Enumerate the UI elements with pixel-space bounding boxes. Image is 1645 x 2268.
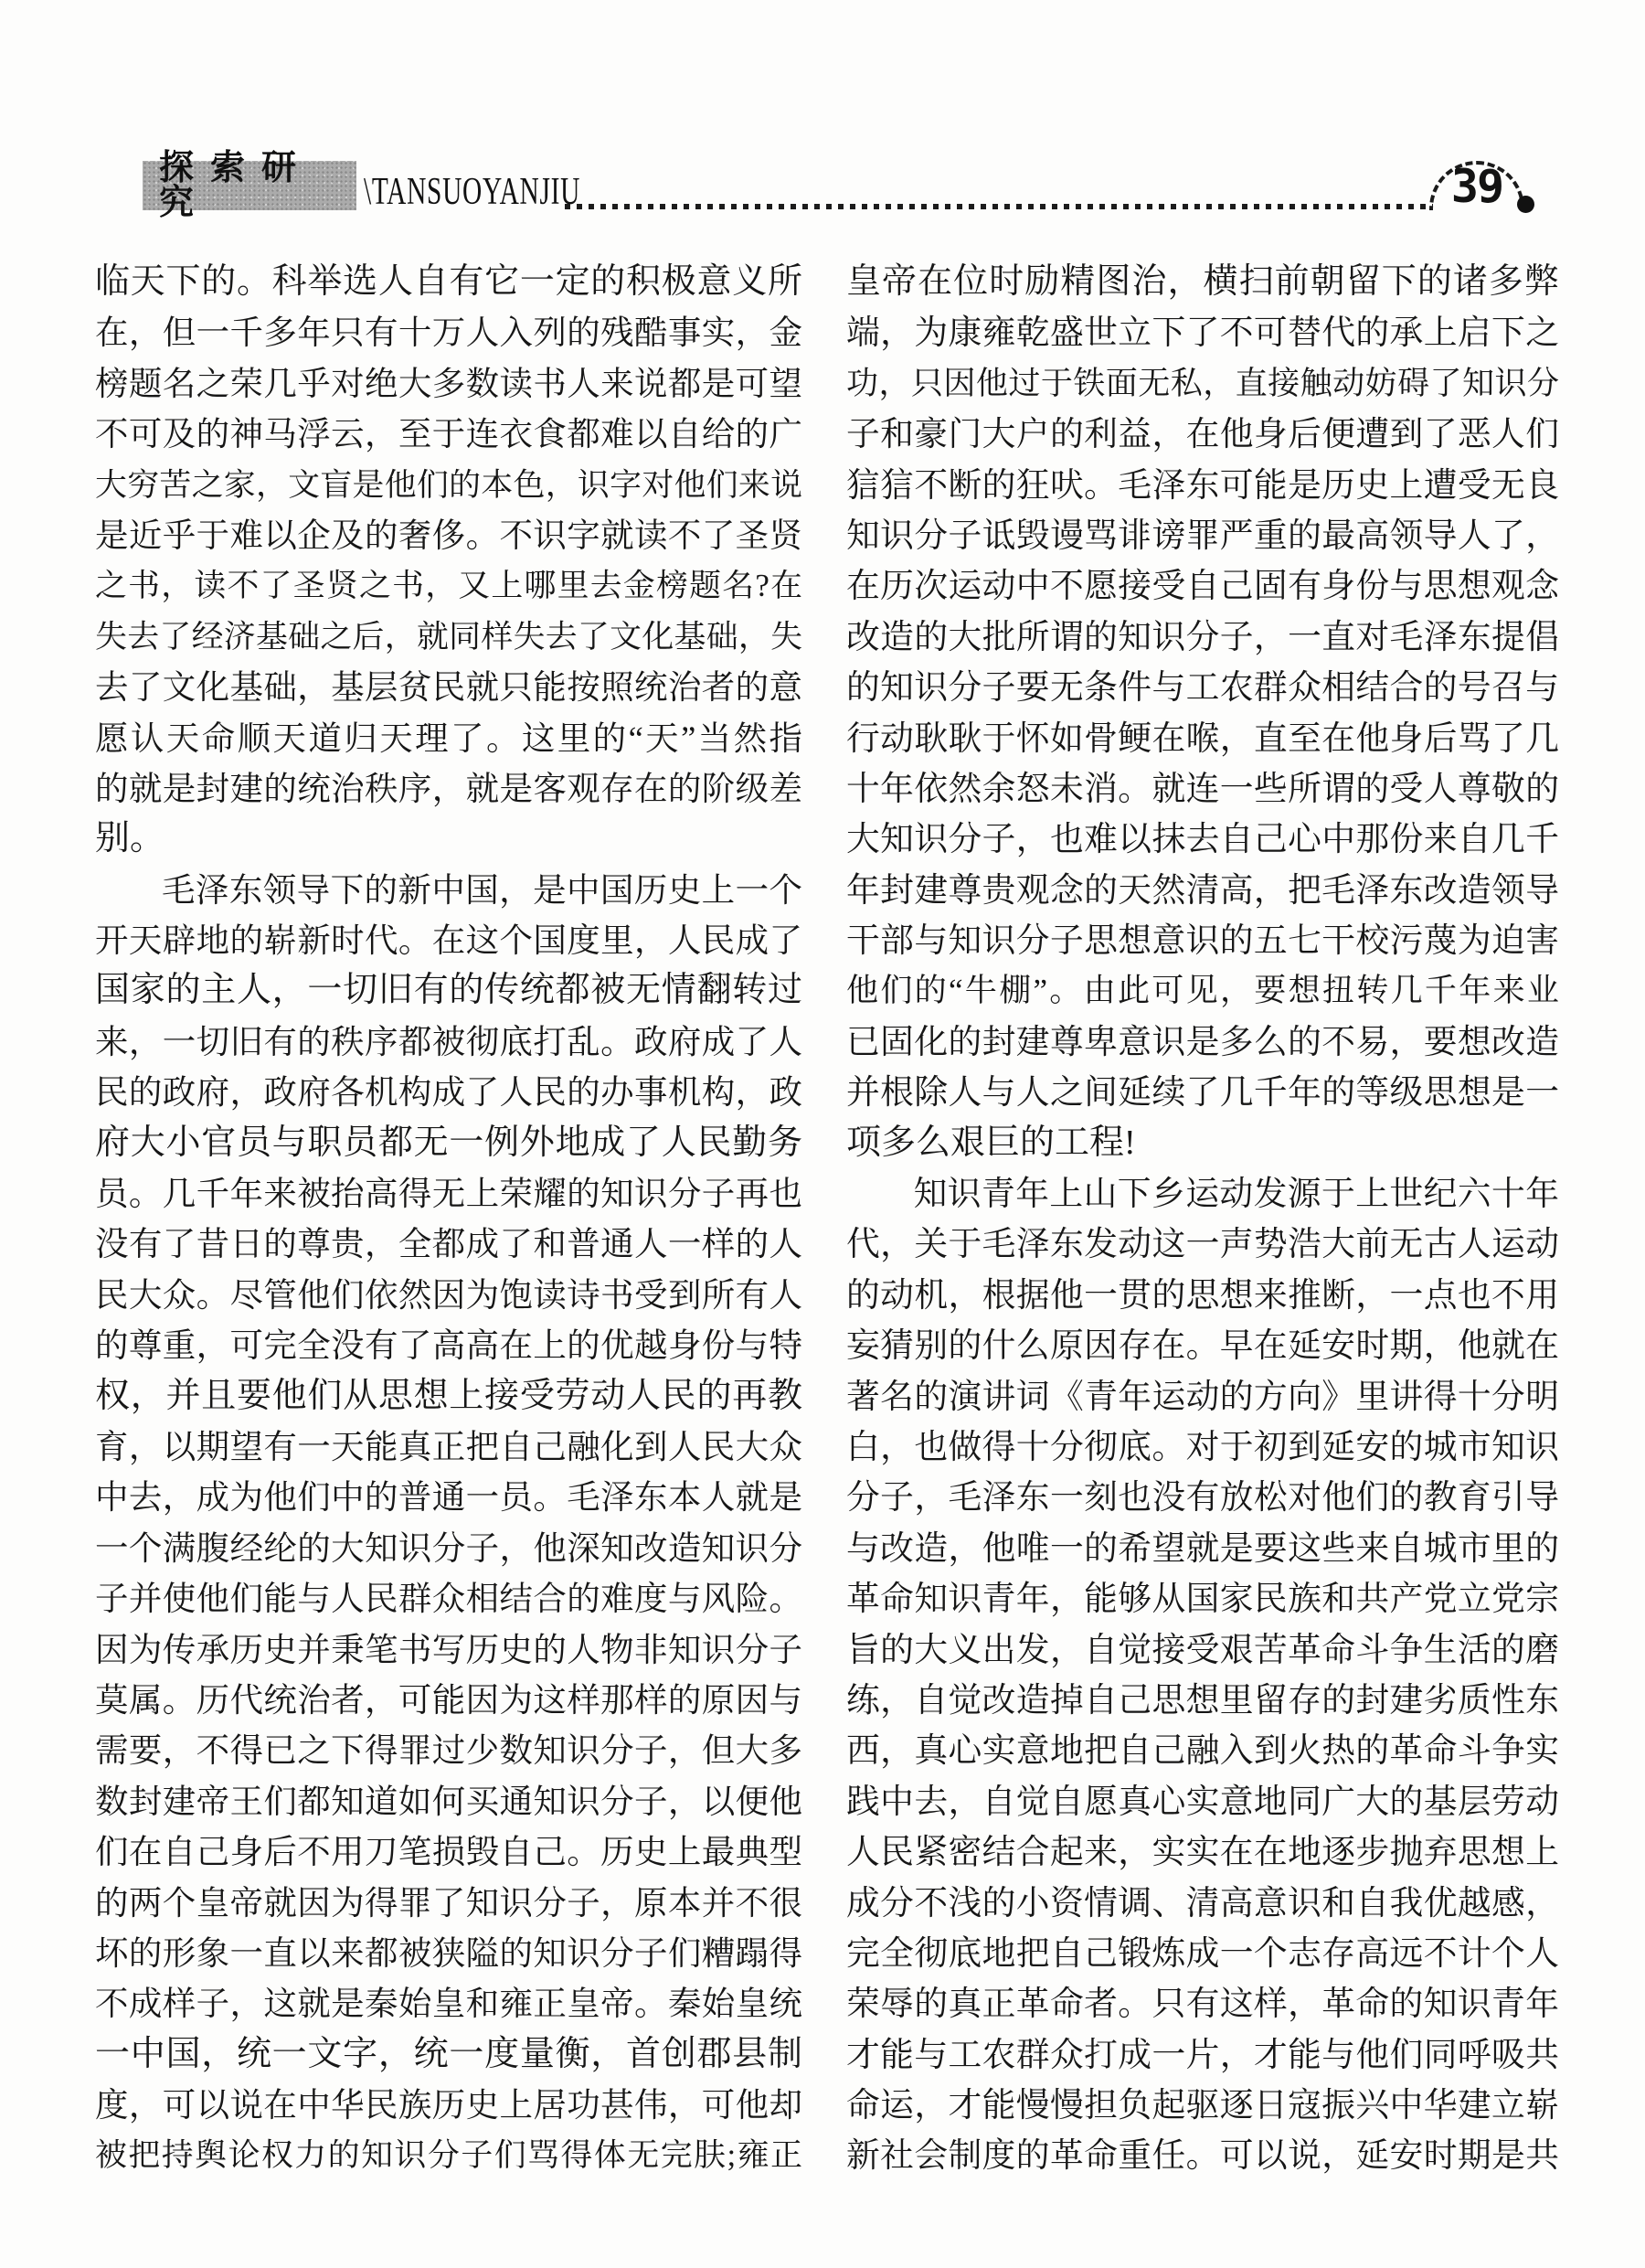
text-line: 子和豪门大户的利益，在他身后便遭到了恶人们 bbox=[846, 409, 1559, 459]
section-title: 探索研究 bbox=[143, 151, 356, 220]
text-line: 的动机，根据他一贯的思想来推断，一点也不用 bbox=[846, 1270, 1559, 1320]
text-line: 来，一切旧有的秩序都被彻底打乱。政府成了人 bbox=[95, 1017, 802, 1067]
text-line: 府大小官员与职员都无一例外地成了人民勤务 bbox=[95, 1118, 802, 1168]
text-line: 人民紧密结合起来，实实在在地逐步抛弃思想上 bbox=[846, 1826, 1559, 1877]
text-line: 才能与工农群众打成一片，才能与他们同呼吸共 bbox=[846, 2029, 1559, 2080]
text-line: 是近乎于难以企及的奢侈。不识字就读不了圣贤 bbox=[95, 510, 802, 560]
text-line: 度，可以说在中华民族历史上居功甚伟，可他却 bbox=[95, 2080, 802, 2130]
text-line: 因为传承历史并秉笔书写历史的人物非知识分子 bbox=[95, 1624, 802, 1675]
text-line: 练，自觉改造掉自己思想里留存的封建劣质性东 bbox=[846, 1675, 1559, 1725]
text-line: 中去，成为他们中的普通一员。毛泽东本人就是 bbox=[95, 1472, 802, 1522]
text-line: 不可及的神马浮云，至于连衣食都难以自给的广 bbox=[95, 409, 802, 459]
text-line: 一中国，统一文字，统一度量衡，首创郡县制 bbox=[95, 2029, 802, 2080]
left-column: 临天下的。科举选人自有它一定的积极意义所在，但一千多年只有十万人入列的残酷事实，… bbox=[95, 257, 802, 2181]
section-subtitle: \TANSUOYANJIU bbox=[364, 173, 580, 211]
text-line: 之书，读不了圣贤之书，又上哪里去金榜题名?在 bbox=[95, 560, 802, 611]
text-line: 失去了经济基础之后，就同样失去了文化基础，失 bbox=[95, 612, 802, 662]
text-line: 的两个皇帝就因为得罪了知识分子，原本并不很 bbox=[95, 1878, 802, 1928]
scanned-magazine-page: 探索研究 \TANSUOYANJIU 39 临天下的。科举选人自有它一定的积极意… bbox=[0, 0, 1645, 2268]
text-line: 愿认天命顺天道归天理了。这里的“天”当然指 bbox=[95, 713, 802, 763]
text-line: 他们的“牛棚”。由此可见，要想扭转几千年来业 bbox=[846, 965, 1559, 1016]
text-line: 项多么艰巨的工程! bbox=[846, 1118, 1559, 1168]
text-line: 已固化的封建尊卑意识是多么的不易，要想改造 bbox=[846, 1017, 1559, 1067]
text-line: 成分不浅的小资情调、清高意识和自我优越感， bbox=[846, 1878, 1559, 1928]
text-line: 临天下的。科举选人自有它一定的积极意义所 bbox=[95, 257, 802, 307]
text-line: 数封建帝王们都知道如何买通知识分子，以便他 bbox=[95, 1776, 802, 1826]
text-line: 没有了昔日的尊贵，全都成了和普通人一样的人 bbox=[95, 1219, 802, 1269]
text-line: 权，并且要他们从思想上接受劳动人民的再教 bbox=[95, 1371, 802, 1421]
text-line: 分子，毛泽东一刻也没有放松对他们的教育引导 bbox=[846, 1472, 1559, 1522]
text-line: 们在自己身后不用刀笔损毁自己。历史上最典型 bbox=[95, 1826, 802, 1877]
text-line: 旨的大义出发，自觉接受艰苦革命斗争生活的磨 bbox=[846, 1624, 1559, 1675]
text-line: 年封建尊贵观念的天然清高，把毛泽东改造领导 bbox=[846, 865, 1559, 915]
text-line: 开天辟地的崭新时代。在这个国度里，人民成了 bbox=[95, 915, 802, 965]
page-number-badge: 39 bbox=[1429, 161, 1548, 219]
section-title-box: 探索研究 bbox=[143, 161, 356, 210]
text-line: 端，为康雍乾盛世立下了不可替代的承上启下之 bbox=[846, 307, 1559, 357]
page-number: 39 bbox=[1438, 161, 1515, 212]
text-line: 民大众。尽管他们依然因为饱读诗书受到所有人 bbox=[95, 1270, 802, 1320]
text-line: 榜题名之荣几乎对绝大多数读书人来说都是可望 bbox=[95, 358, 802, 409]
text-line: 大穷苦之家，文盲是他们的本色，识字对他们来说 bbox=[95, 460, 802, 510]
text-line: 功，只因他过于铁面无私，直接触动妨碍了知识分 bbox=[846, 358, 1559, 409]
text-line: 子并使他们能与人民群众相结合的难度与风险。 bbox=[95, 1573, 802, 1624]
text-line: 大知识分子，也难以抹去自己心中那份来自几千 bbox=[846, 814, 1559, 864]
text-line: 狺狺不断的狂吠。毛泽东可能是历史上遭受无良 bbox=[846, 460, 1559, 510]
text-line: 西，真心实意地把自己融入到火热的革命斗争实 bbox=[846, 1725, 1559, 1775]
text-line: 命运，才能慢慢担负起驱逐日寇振兴中华建立崭 bbox=[846, 2080, 1559, 2130]
text-line: 代，关于毛泽东发动这一声势浩大前无古人运动 bbox=[846, 1219, 1559, 1269]
text-line: 育，以期望有一天能真正把自己融化到人民大众 bbox=[95, 1421, 802, 1472]
text-line: 在，但一千多年只有十万人入列的残酷事实，金 bbox=[95, 307, 802, 357]
text-line: 员。几千年来被抬高得无上荣耀的知识分子再也 bbox=[95, 1168, 802, 1219]
text-line: 不成样子，这就是秦始皇和雍正皇帝。秦始皇统 bbox=[95, 1978, 802, 2028]
text-line: 革命知识青年，能够从国家民族和共产党立党宗 bbox=[846, 1573, 1559, 1624]
text-line: 需要，不得已之下得罪过少数知识分子，但大多 bbox=[95, 1725, 802, 1775]
right-column: 皇帝在位时励精图治，横扫前朝留下的诸多弊端，为康雍乾盛世立下了不可替代的承上启下… bbox=[846, 257, 1559, 2181]
text-line: 新社会制度的革命重任。可以说，延安时期是共 bbox=[846, 2130, 1559, 2180]
text-line: 别。 bbox=[95, 814, 802, 864]
text-line: 践中去，自觉自愿真心实意地同广大的基层劳动 bbox=[846, 1776, 1559, 1826]
text-line: 皇帝在位时励精图治，横扫前朝留下的诸多弊 bbox=[846, 257, 1559, 307]
text-line: 莫属。历代统治者，可能因为这样那样的原因与 bbox=[95, 1675, 802, 1725]
text-line: 去了文化基础，基层贫民就只能按照统治者的意 bbox=[95, 662, 802, 712]
text-line: 国家的主人，一切旧有的传统都被无情翻转过 bbox=[95, 965, 802, 1016]
text-line: 行动耿耿于怀如骨鲠在喉，直至在他身后骂了几 bbox=[846, 713, 1559, 763]
text-line: 荣辱的真正革命者。只有这样，革命的知识青年 bbox=[846, 1978, 1559, 2028]
text-line: 干部与知识分子思想意识的五七干校污蔑为迫害 bbox=[846, 915, 1559, 965]
text-line: 一个满腹经纶的大知识分子，他深知改造知识分 bbox=[95, 1523, 802, 1573]
text-line: 被把持舆论权力的知识分子们骂得体无完肤;雍正 bbox=[95, 2130, 802, 2180]
text-line: 完全彻底地把自己锻炼成一个志存高远不计个人 bbox=[846, 1928, 1559, 1978]
text-line: 在历次运动中不愿接受自己固有身份与思想观念 bbox=[846, 560, 1559, 611]
text-line: 并根除人与人之间延续了几千年的等级思想是一 bbox=[846, 1067, 1559, 1117]
text-line: 十年依然余怒未消。就连一些所谓的受人尊敬的 bbox=[846, 763, 1559, 814]
text-line: 知识青年上山下乡运动发源于上世纪六十年 bbox=[846, 1168, 1559, 1219]
text-line: 的尊重，可完全没有了高高在上的优越身份与特 bbox=[95, 1320, 802, 1370]
text-line: 与改造，他唯一的希望就是要这些来自城市里的 bbox=[846, 1523, 1559, 1573]
text-line: 民的政府，政府各机构成了人民的办事机构，政 bbox=[95, 1067, 802, 1117]
text-line: 妄猜别的什么原因存在。早在延安时期，他就在 bbox=[846, 1320, 1559, 1370]
text-line: 坏的形象一直以来都被狭隘的知识分子们糟蹋得 bbox=[95, 1928, 802, 1978]
text-line: 毛泽东领导下的新中国，是中国历史上一个 bbox=[95, 865, 802, 915]
text-line: 白，也做得十分彻底。对于初到延安的城市知识 bbox=[846, 1421, 1559, 1472]
badge-dot-icon bbox=[1517, 196, 1534, 213]
text-line: 知识分子诋毁谩骂诽谤罪严重的最高领导人了， bbox=[846, 510, 1559, 560]
text-line: 的知识分子要无条件与工农群众相结合的号召与 bbox=[846, 662, 1559, 712]
text-line: 改造的大批所谓的知识分子，一直对毛泽东提倡 bbox=[846, 612, 1559, 662]
text-line: 著名的演讲词《青年运动的方向》里讲得十分明 bbox=[846, 1371, 1559, 1421]
header-dotted-rule bbox=[565, 204, 1433, 209]
text-line: 的就是封建的统治秩序，就是客观存在的阶级差 bbox=[95, 763, 802, 814]
